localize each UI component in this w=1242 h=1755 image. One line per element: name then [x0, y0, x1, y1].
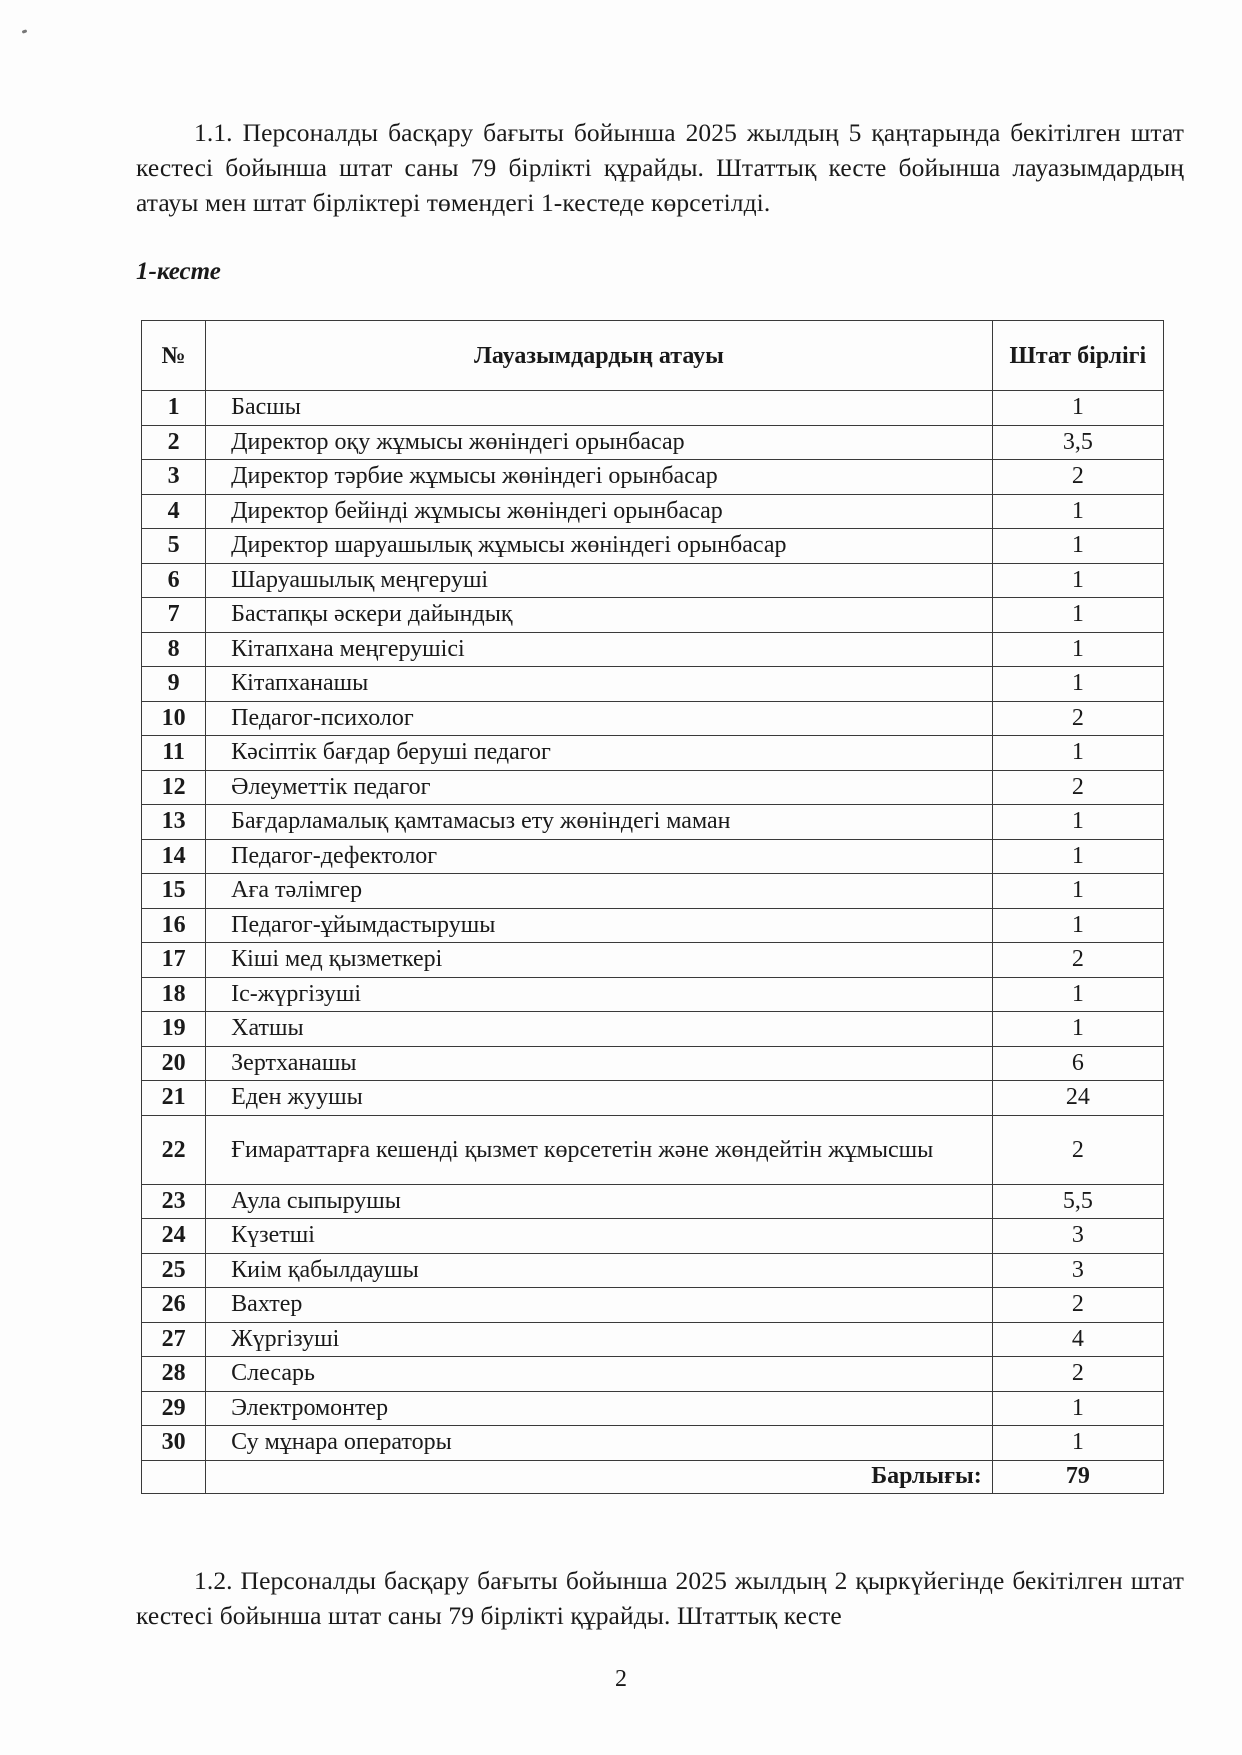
- row-number: 22: [142, 1115, 206, 1184]
- row-number: 3: [142, 460, 206, 495]
- table-row: 10Педагог-психолог2: [142, 701, 1164, 736]
- row-position-name: Вахтер: [206, 1288, 993, 1323]
- header-number: №: [142, 321, 206, 391]
- row-staff-units: 1: [992, 908, 1163, 943]
- row-position-name: Бастапқы әскери дайындық: [206, 598, 993, 633]
- row-number: 2: [142, 425, 206, 460]
- table-row: 22Ғимараттарға кешенді қызмет көрсететін…: [142, 1115, 1164, 1184]
- table-row: 23Аула сыпырушы5,5: [142, 1184, 1164, 1219]
- document-page: 1.1. Персоналды басқару бағыты бойынша 2…: [0, 0, 1242, 1755]
- row-position-name: Аға тәлімгер: [206, 874, 993, 909]
- row-number: 10: [142, 701, 206, 736]
- row-number: 16: [142, 908, 206, 943]
- table-row: 9Кітапханашы1: [142, 667, 1164, 702]
- row-position-name: Киім қабылдаушы: [206, 1253, 993, 1288]
- table-row: 25Киім қабылдаушы3: [142, 1253, 1164, 1288]
- row-position-name: Еден жуушы: [206, 1081, 993, 1116]
- row-staff-units: 1: [992, 598, 1163, 633]
- header-position-name: Лауазымдардың атауы: [206, 321, 993, 391]
- row-position-name: Слесарь: [206, 1357, 993, 1392]
- row-staff-units: 5,5: [992, 1184, 1163, 1219]
- row-position-name: Күзетші: [206, 1219, 993, 1254]
- row-staff-units: 1: [992, 632, 1163, 667]
- total-empty-cell: [142, 1460, 206, 1493]
- total-value: 79: [992, 1460, 1163, 1493]
- table-caption: 1-кесте: [136, 258, 221, 286]
- row-position-name: Су мұнара операторы: [206, 1426, 993, 1461]
- paragraph-1-2-text: 1.2. Персоналды басқару бағыты бойынша 2…: [136, 1566, 1184, 1630]
- row-position-name: Іс-жүргізуші: [206, 977, 993, 1012]
- row-number: 19: [142, 1012, 206, 1047]
- table-row: 15Аға тәлімгер1: [142, 874, 1164, 909]
- row-position-name: Директор оқу жұмысы жөніндегі орынбасар: [206, 425, 993, 460]
- row-staff-units: 1: [992, 874, 1163, 909]
- table-row: 17Кіші мед қызметкері2: [142, 943, 1164, 978]
- row-staff-units: 1: [992, 805, 1163, 840]
- row-position-name: Педагог-ұйымдастырушы: [206, 908, 993, 943]
- scan-speck: [22, 29, 28, 34]
- row-position-name: Кітапханашы: [206, 667, 993, 702]
- row-staff-units: 2: [992, 943, 1163, 978]
- header-staff-units: Штат бірлігі: [992, 321, 1163, 391]
- table-row: 1Басшы1: [142, 391, 1164, 426]
- row-staff-units: 1: [992, 736, 1163, 771]
- table-row: 5Директор шаруашылық жұмысы жөніндегі ор…: [142, 529, 1164, 564]
- row-number: 24: [142, 1219, 206, 1254]
- row-number: 5: [142, 529, 206, 564]
- table-header-row: № Лауазымдардың атауы Штат бірлігі: [142, 321, 1164, 391]
- row-position-name: Педагог-дефектолог: [206, 839, 993, 874]
- row-staff-units: 1: [992, 667, 1163, 702]
- row-position-name: Кітапхана меңгерушісі: [206, 632, 993, 667]
- table-total-row: Барлығы: 79: [142, 1460, 1164, 1493]
- row-number: 20: [142, 1046, 206, 1081]
- row-staff-units: 2: [992, 1357, 1163, 1392]
- table-row: 29Электромонтер1: [142, 1391, 1164, 1426]
- table-body: 1Басшы12Директор оқу жұмысы жөніндегі ор…: [142, 391, 1164, 1461]
- row-staff-units: 2: [992, 1288, 1163, 1323]
- row-staff-units: 1: [992, 494, 1163, 529]
- table-row: 6Шаруашылық меңгеруші1: [142, 563, 1164, 598]
- row-number: 30: [142, 1426, 206, 1461]
- row-staff-units: 3: [992, 1253, 1163, 1288]
- row-number: 29: [142, 1391, 206, 1426]
- row-number: 1: [142, 391, 206, 426]
- row-number: 27: [142, 1322, 206, 1357]
- row-number: 21: [142, 1081, 206, 1116]
- row-number: 8: [142, 632, 206, 667]
- row-number: 13: [142, 805, 206, 840]
- paragraph-1-1-text: 1.1. Персоналды басқару бағыты бойынша 2…: [136, 118, 1184, 217]
- row-position-name: Директор бейінді жұмысы жөніндегі орынба…: [206, 494, 993, 529]
- row-position-name: Әлеуметтік педагог: [206, 770, 993, 805]
- table-row: 12Әлеуметтік педагог2: [142, 770, 1164, 805]
- table-row: 20Зертханашы6: [142, 1046, 1164, 1081]
- table-row: 13Бағдарламалық қамтамасыз ету жөніндегі…: [142, 805, 1164, 840]
- table-row: 14Педагог-дефектолог1: [142, 839, 1164, 874]
- paragraph-1-2: 1.2. Персоналды басқару бағыты бойынша 2…: [136, 1563, 1184, 1633]
- table-row: 8Кітапхана меңгерушісі1: [142, 632, 1164, 667]
- row-staff-units: 1: [992, 839, 1163, 874]
- row-number: 18: [142, 977, 206, 1012]
- page-number: 2: [0, 1666, 1242, 1693]
- table-row: 24Күзетші3: [142, 1219, 1164, 1254]
- row-position-name: Директор шаруашылық жұмысы жөніндегі оры…: [206, 529, 993, 564]
- row-staff-units: 2: [992, 701, 1163, 736]
- row-number: 17: [142, 943, 206, 978]
- row-position-name: Зертханашы: [206, 1046, 993, 1081]
- row-staff-units: 2: [992, 1115, 1163, 1184]
- row-position-name: Шаруашылық меңгеруші: [206, 563, 993, 598]
- row-number: 7: [142, 598, 206, 633]
- row-number: 15: [142, 874, 206, 909]
- table-row: 18Іс-жүргізуші1: [142, 977, 1164, 1012]
- table-row: 2Директор оқу жұмысы жөніндегі орынбасар…: [142, 425, 1164, 460]
- row-staff-units: 4: [992, 1322, 1163, 1357]
- row-position-name: Хатшы: [206, 1012, 993, 1047]
- table-row: 26Вахтер2: [142, 1288, 1164, 1323]
- row-staff-units: 2: [992, 460, 1163, 495]
- table-row: 30Су мұнара операторы1: [142, 1426, 1164, 1461]
- row-number: 11: [142, 736, 206, 771]
- row-position-name: Аула сыпырушы: [206, 1184, 993, 1219]
- row-number: 28: [142, 1357, 206, 1392]
- row-staff-units: 3: [992, 1219, 1163, 1254]
- table-row: 4Директор бейінді жұмысы жөніндегі орынб…: [142, 494, 1164, 529]
- row-number: 9: [142, 667, 206, 702]
- table-row: 28Слесарь2: [142, 1357, 1164, 1392]
- row-staff-units: 3,5: [992, 425, 1163, 460]
- row-staff-units: 24: [992, 1081, 1163, 1116]
- paragraph-1-1: 1.1. Персоналды басқару бағыты бойынша 2…: [136, 115, 1184, 220]
- table-row: 3Директор тәрбие жұмысы жөніндегі орынба…: [142, 460, 1164, 495]
- row-staff-units: 1: [992, 563, 1163, 598]
- table-row: 11Кәсіптік бағдар беруші педагог1: [142, 736, 1164, 771]
- row-position-name: Бағдарламалық қамтамасыз ету жөніндегі м…: [206, 805, 993, 840]
- row-number: 23: [142, 1184, 206, 1219]
- row-number: 14: [142, 839, 206, 874]
- table-row: 16Педагог-ұйымдастырушы1: [142, 908, 1164, 943]
- row-position-name: Жүргізуші: [206, 1322, 993, 1357]
- table-row: 19Хатшы1: [142, 1012, 1164, 1047]
- row-number: 6: [142, 563, 206, 598]
- row-position-name: Педагог-психолог: [206, 701, 993, 736]
- row-staff-units: 1: [992, 391, 1163, 426]
- row-position-name: Басшы: [206, 391, 993, 426]
- row-staff-units: 6: [992, 1046, 1163, 1081]
- row-number: 12: [142, 770, 206, 805]
- table-row: 27Жүргізуші4: [142, 1322, 1164, 1357]
- row-staff-units: 2: [992, 770, 1163, 805]
- staff-table: № Лауазымдардың атауы Штат бірлігі 1Басш…: [141, 320, 1164, 1494]
- row-staff-units: 1: [992, 1012, 1163, 1047]
- row-position-name: Кіші мед қызметкері: [206, 943, 993, 978]
- table-row: 7Бастапқы әскери дайындық1: [142, 598, 1164, 633]
- row-staff-units: 1: [992, 529, 1163, 564]
- row-number: 25: [142, 1253, 206, 1288]
- row-position-name: Электромонтер: [206, 1391, 993, 1426]
- row-staff-units: 1: [992, 977, 1163, 1012]
- row-position-name: Кәсіптік бағдар беруші педагог: [206, 736, 993, 771]
- row-number: 26: [142, 1288, 206, 1323]
- row-staff-units: 1: [992, 1391, 1163, 1426]
- row-position-name: Директор тәрбие жұмысы жөніндегі орынбас…: [206, 460, 993, 495]
- total-label: Барлығы:: [206, 1460, 993, 1493]
- row-position-name: Ғимараттарға кешенді қызмет көрсететін ж…: [206, 1115, 993, 1184]
- table-row: 21Еден жуушы24: [142, 1081, 1164, 1116]
- row-staff-units: 1: [992, 1426, 1163, 1461]
- row-number: 4: [142, 494, 206, 529]
